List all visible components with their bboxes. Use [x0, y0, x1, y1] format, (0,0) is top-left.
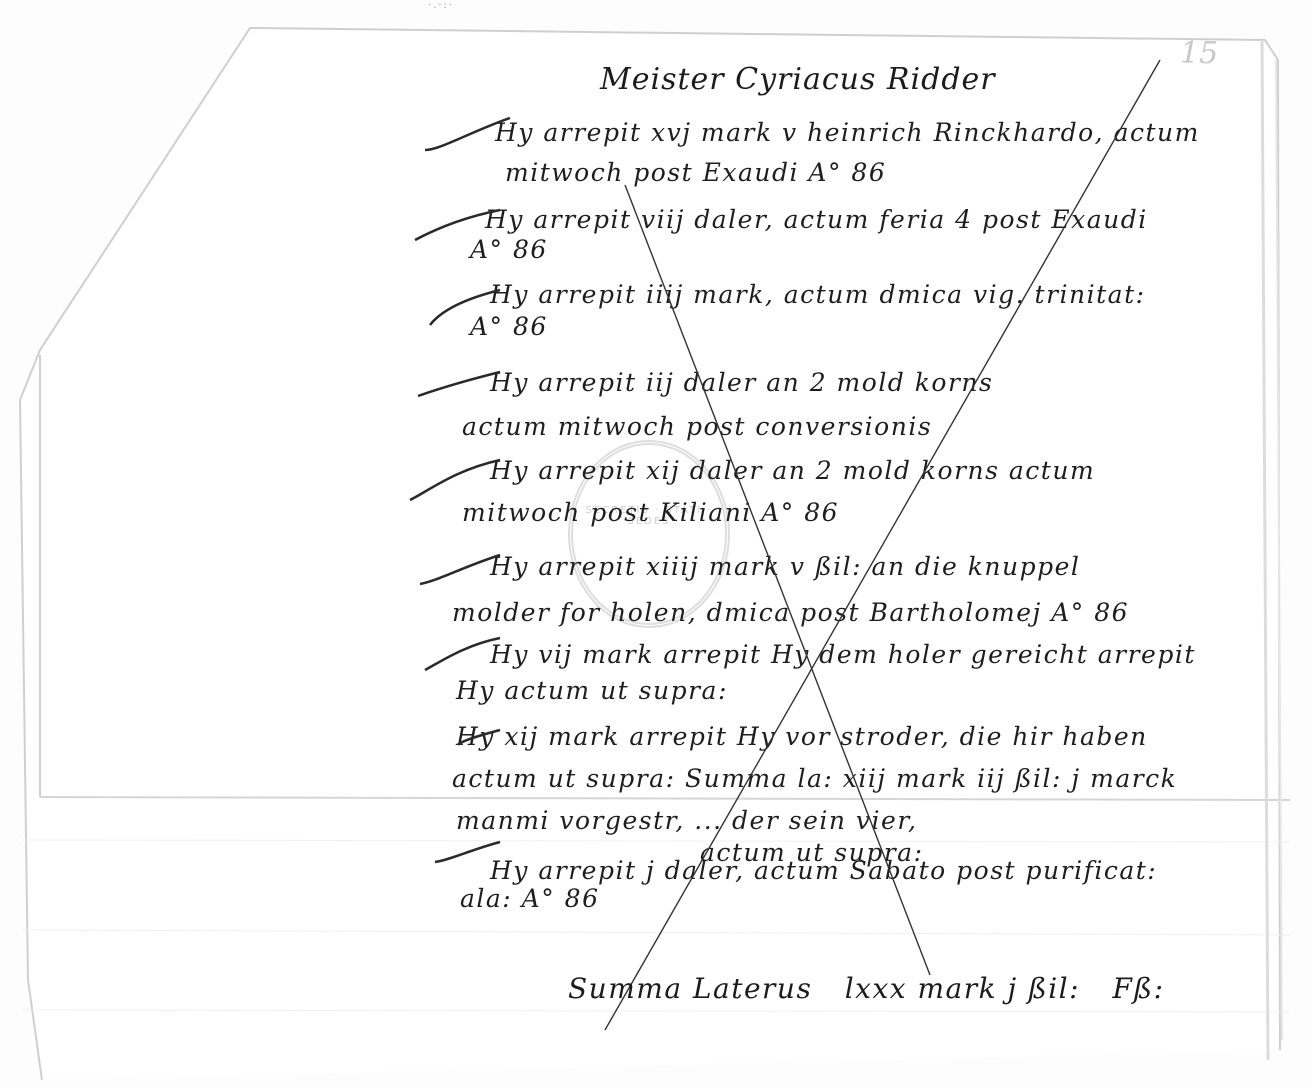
total-amount: lxxx mark j ßil:: [845, 972, 1080, 1005]
manuscript-scan: ·.·:· 15 SECRETIS · STATI · SEDES Meiste…: [0, 0, 1311, 1088]
sum-total: Summa Laterus lxxx mark j ßil: Fß:: [568, 972, 1165, 1005]
total-mark: Fß:: [1112, 972, 1164, 1005]
total-label: Summa Laterus: [568, 972, 812, 1005]
margin-flourishes: [0, 0, 1311, 1088]
